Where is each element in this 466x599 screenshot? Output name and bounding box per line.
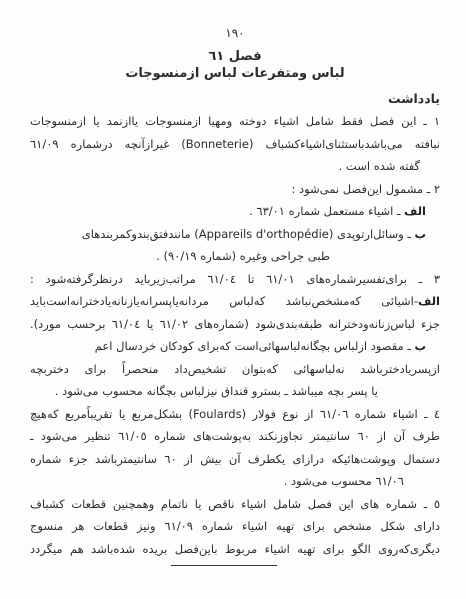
note-line: ٢ ـ مشمول این‌فصل نمی‌شود : bbox=[30, 178, 440, 201]
note-line: ٤ ـ اشیاء شماره ٦١/٠٦ از نوع فولار (Foul… bbox=[30, 403, 440, 426]
note-line: الف-اشیائی که‌مشخص‌نباشد که‌لباس مردانه‌… bbox=[30, 290, 440, 313]
page-number: ١٩٠ bbox=[30, 24, 440, 42]
notes-body: ١ ـ این فصل فقط شامل اشیاء دوخته ومهیا ا… bbox=[30, 110, 440, 560]
note-line: ٦١/٠٦ محسوب می‌شود . bbox=[30, 470, 440, 493]
note-line: طبی جراحی وغیره (شماره ٩٠/١٩) . bbox=[30, 245, 440, 268]
note-line: الف ـ اشیاء مستعمل شماره ٦٣/٠١ . bbox=[30, 200, 440, 223]
note-line: جزء لباس‌زنانه‌ودخترانه طبقه‌بندی‌شود (ش… bbox=[30, 313, 440, 336]
note-line: دارای شکل مشخص برای تهیه اشیاء شماره ٦١/… bbox=[30, 515, 440, 538]
notes-heading: یادداشت bbox=[30, 90, 440, 108]
note-line: نبافته می‌باشدباستثنای‌اشیاءکشباف (Bonne… bbox=[30, 133, 440, 156]
note-line: گفته شده است . bbox=[30, 155, 440, 178]
note-line: ٥ ـ شماره های این فصل شامل اشیاء ناقص یا… bbox=[30, 493, 440, 516]
note-line: ازپسریادخترباشد نه‌لباسهائی که‌بتوان تشخ… bbox=[30, 358, 440, 381]
note-line: ١ ـ این فصل فقط شامل اشیاء دوخته ومهیا ا… bbox=[30, 110, 440, 133]
footer-divider bbox=[171, 565, 277, 566]
note-line: یا پسر بچه میباشد ـ بسترو قنداق نیزلباس … bbox=[30, 380, 440, 403]
note-line: ب ـ مقصود ازلباس بچگانه‌لباسهائی‌است که‌… bbox=[30, 335, 440, 358]
note-line: ٣ ـ برای‌تفسیرشماره‌های ٦١/٠١ تا ٦١/٠٤ م… bbox=[30, 268, 440, 291]
note-line: دیگری‌که‌روی الگو برای تهیه اشیاء مربوط … bbox=[30, 538, 440, 561]
note-line: دستمال وپوشت‌هائیکه درازای یکطرف آن بیش … bbox=[30, 448, 440, 471]
chapter-subtitle: لباس ومتفرعات لباس ازمنسوجات bbox=[30, 65, 440, 82]
note-line: ب ـ وسائل‌ارتوپدی (Appareils d'orthopédi… bbox=[30, 223, 440, 246]
note-line: طرف آن از ٦٠ سانتیمتر تجاوزنکند به‌پوشت‌… bbox=[30, 425, 440, 448]
chapter-title: فصل ٦١ bbox=[30, 48, 440, 65]
document-page: ١٩٠ فصل ٦١ لباس ومتفرعات لباس ازمنسوجات … bbox=[0, 0, 466, 599]
